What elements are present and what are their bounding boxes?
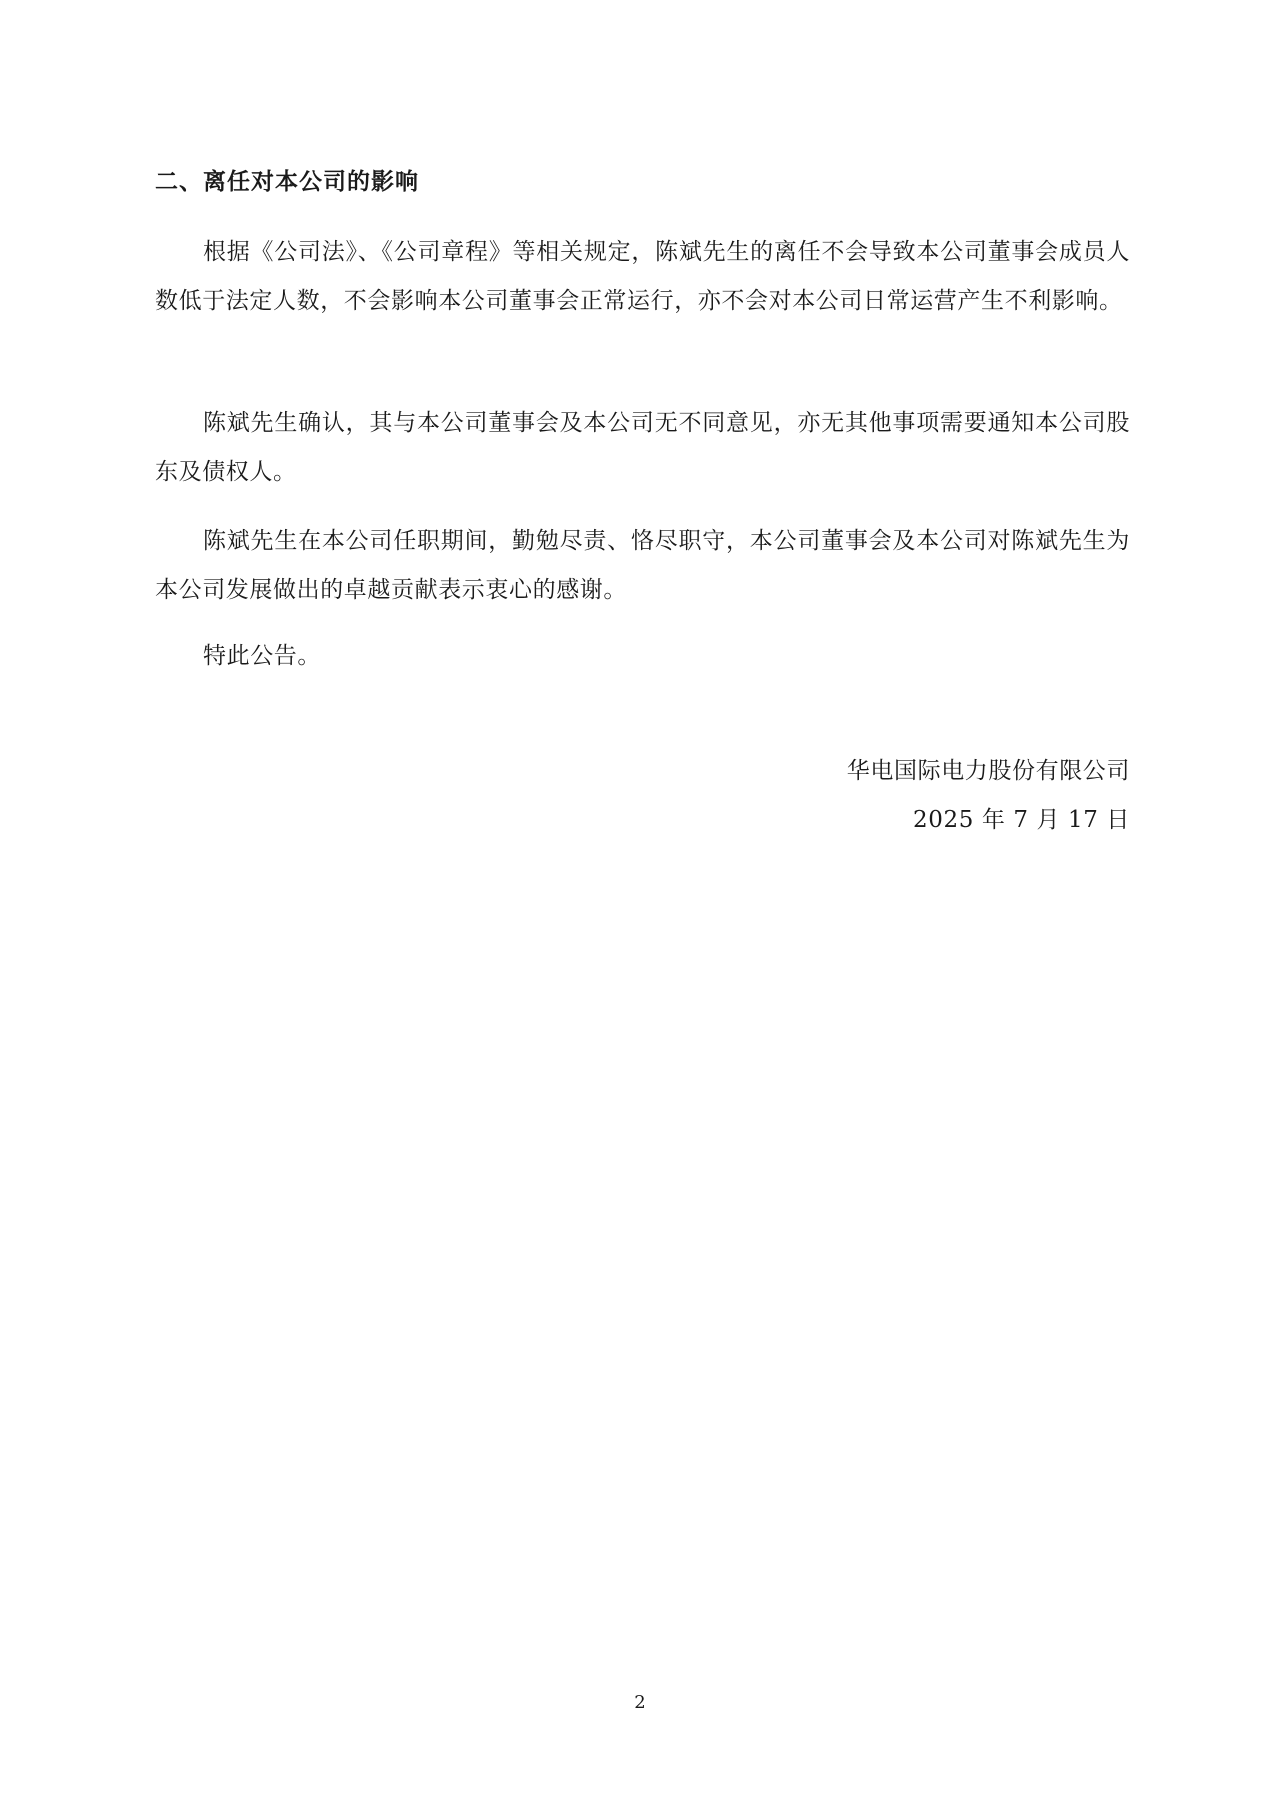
paragraph-impact: 根据《公司法》、《公司章程》等相关规定，陈斌先生的离任不会导致本公司董事会成员人… [155,228,1130,326]
document-page: 二、离任对本公司的影响 根据《公司法》、《公司章程》等相关规定，陈斌先生的离任不… [0,0,1280,1810]
section-heading: 二、离任对本公司的影响 [155,163,419,196]
paragraph-confirmation: 陈斌先生确认，其与本公司董事会及本公司无不同意见，亦无其他事项需要通知本公司股东… [155,399,1130,497]
signature-date: 2025 年 7 月 17 日 [847,796,1130,845]
signature-company: 华电国际电力股份有限公司 [847,747,1130,796]
paragraph-thanks: 陈斌先生在本公司任职期间，勤勉尽责、恪尽职守，本公司董事会及本公司对陈斌先生为本… [155,517,1130,615]
page-number: 2 [0,1692,1280,1713]
signature-block: 华电国际电力股份有限公司 2025 年 7 月 17 日 [847,747,1130,845]
paragraph-closing: 特此公告。 [155,632,1130,681]
